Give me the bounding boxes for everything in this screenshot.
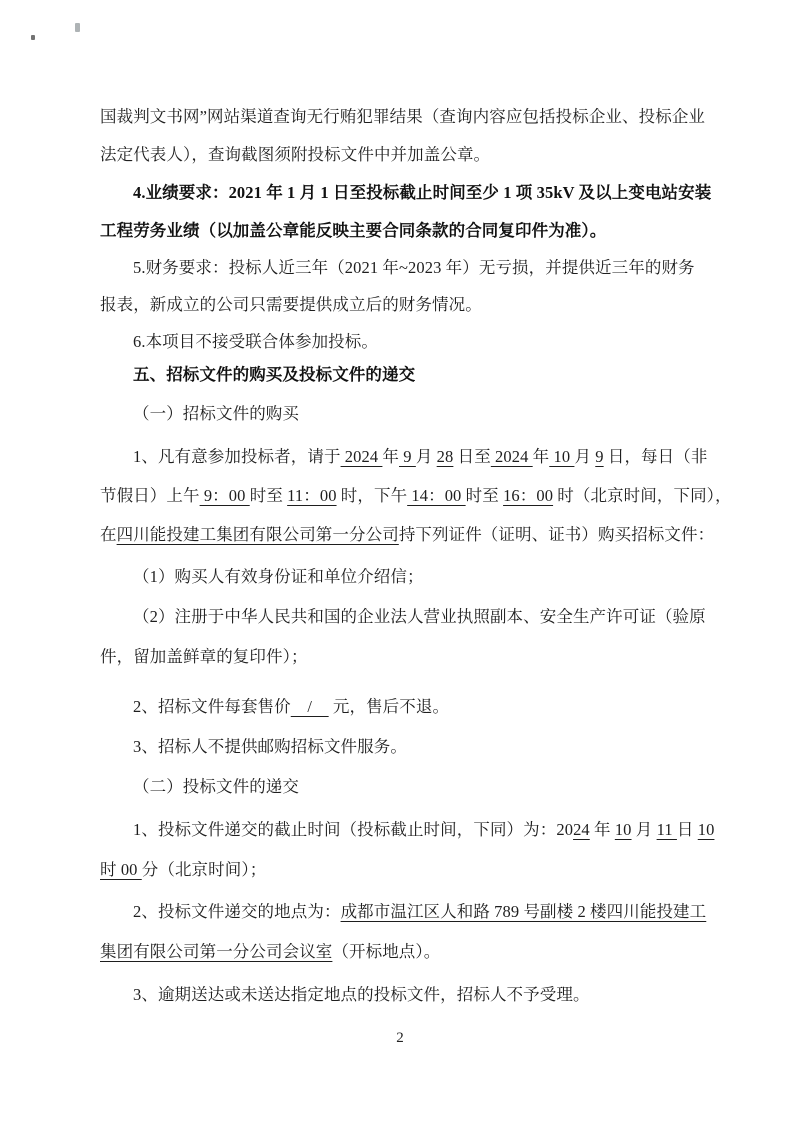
doc-text: 国裁判文书网”网站渠道查询无行贿犯罪结果（查询内容应包括投标企业、投标企业 bbox=[100, 107, 705, 126]
doc-line: 4.业绩要求：2021 年 1 月 1 日至投标截止时间至少 1 项 35kV … bbox=[100, 182, 733, 203]
doc-text: 日 bbox=[677, 820, 698, 839]
doc-line: 3、逾期送达或未送达指定地点的投标文件，招标人不予受理。 bbox=[100, 984, 733, 1005]
doc-line: 节假日）上午 9：00 时至 11：00 时，下午 14：00 时至 16：00… bbox=[100, 485, 700, 506]
doc-text: （二）投标文件的递交 bbox=[133, 777, 299, 796]
doc-text: 年 bbox=[382, 447, 399, 466]
doc-line: （1）购买人有效身份证和单位介绍信； bbox=[100, 566, 733, 587]
doc-line: 在四川能投建工集团有限公司第一分公司持下列证件（证明、证书）购买招标文件： bbox=[100, 524, 700, 545]
doc-text: 时（北京时间，下同）， bbox=[553, 486, 732, 505]
doc-line: 5.财务要求：投标人近三年（2021 年~2023 年）无亏损，并提供近三年的财… bbox=[100, 257, 733, 278]
doc-text: 月 bbox=[632, 820, 657, 839]
doc-text: 工程劳务业绩（以加盖公章能反映主要合同条款的合同复印件为准）。 bbox=[100, 221, 606, 240]
scan-speck bbox=[31, 35, 35, 40]
doc-line: 时 00 分（北京时间）； bbox=[100, 859, 700, 880]
doc-text: 5.财务要求：投标人近三年（2021 年~2023 年）无亏损，并提供近三年的财… bbox=[133, 258, 695, 277]
doc-text: 1、凡有意参加投标者，请于 bbox=[133, 447, 341, 466]
doc-line: 1、投标文件递交的截止时间（投标截止时间，下同）为：2024 年 10 月 11… bbox=[100, 819, 733, 840]
doc-line: 1、凡有意参加投标者，请于 2024 年 9 月 28 日至 2024 年 10… bbox=[100, 446, 733, 467]
doc-text: （2）注册于中华人民共和国的企业法人营业执照副本、安全生产许可证（验原 bbox=[133, 607, 706, 626]
underlined-text: 2024 bbox=[491, 447, 533, 466]
doc-text: （一）招标文件的购买 bbox=[133, 404, 299, 423]
doc-text: 时，下午 bbox=[337, 486, 408, 505]
doc-text: 元，售后不退。 bbox=[329, 697, 449, 716]
doc-line: 工程劳务业绩（以加盖公章能反映主要合同条款的合同复印件为准）。 bbox=[100, 220, 700, 241]
underlined-text: / bbox=[291, 697, 329, 716]
underlined-text: 时 00 bbox=[100, 860, 142, 879]
doc-text: 2、招标文件每套售价 bbox=[133, 697, 291, 716]
underlined-text: 9 bbox=[399, 447, 416, 466]
underlined-text: 24 bbox=[573, 820, 590, 839]
doc-text: 在 bbox=[100, 525, 117, 544]
underlined-text: 集团有限公司第一分公司会议室 bbox=[100, 942, 332, 961]
doc-text: 2、投标文件递交的地点为： bbox=[133, 902, 341, 921]
scan-speck bbox=[75, 23, 80, 32]
doc-line: 法定代表人），查询截图须附投标文件中并加盖公章。 bbox=[100, 144, 700, 165]
underlined-text: 四川能投建工集团有限公司第一分公司 bbox=[117, 525, 399, 544]
doc-line: 2、招标文件每套售价 / 元，售后不退。 bbox=[100, 696, 733, 717]
doc-text: 3、招标人不提供邮购招标文件服务。 bbox=[133, 737, 407, 756]
doc-text: 日至 bbox=[453, 447, 490, 466]
underlined-text: 成都市温江区人和路 789 号副楼 2 楼四川能投建工 bbox=[341, 902, 707, 921]
doc-line: 件，留加盖鲜章的复印件）； bbox=[100, 646, 700, 667]
doc-text: 节假日）上午 bbox=[100, 486, 200, 505]
doc-line: 国裁判文书网”网站渠道查询无行贿犯罪结果（查询内容应包括投标企业、投标企业 bbox=[100, 106, 700, 127]
doc-text: 1、投标文件递交的截止时间（投标截止时间，下同）为：20 bbox=[133, 820, 573, 839]
underlined-text: 14：00 bbox=[407, 486, 465, 505]
doc-line: 6.本项目不接受联合体参加投标。 bbox=[100, 331, 733, 352]
doc-text: 五、招标文件的购买及投标文件的递交 bbox=[133, 365, 415, 384]
doc-text: 年 bbox=[590, 820, 615, 839]
doc-line: 报表，新成立的公司只需要提供成立后的财务情况。 bbox=[100, 294, 700, 315]
doc-text: 6.本项目不接受联合体参加投标。 bbox=[133, 332, 378, 351]
doc-line: 五、招标文件的购买及投标文件的递交 bbox=[100, 364, 733, 385]
doc-text: 时至 bbox=[466, 486, 503, 505]
doc-line: 集团有限公司第一分公司会议室（开标地点）。 bbox=[100, 941, 700, 962]
doc-line: 2、投标文件递交的地点为：成都市温江区人和路 789 号副楼 2 楼四川能投建工 bbox=[100, 901, 733, 922]
doc-line: （一）招标文件的购买 bbox=[100, 403, 733, 424]
underlined-text: 10 bbox=[615, 820, 632, 839]
document-page: 国裁判文书网”网站渠道查询无行贿犯罪结果（查询内容应包括投标企业、投标企业法定代… bbox=[0, 0, 794, 1123]
underlined-text: 9 bbox=[595, 447, 603, 466]
doc-text: 时至 bbox=[250, 486, 287, 505]
doc-text: 法定代表人），查询截图须附投标文件中并加盖公章。 bbox=[100, 145, 490, 164]
doc-text: 年 bbox=[533, 447, 550, 466]
doc-line: 3、招标人不提供邮购招标文件服务。 bbox=[100, 736, 733, 757]
doc-text: 件，留加盖鲜章的复印件）； bbox=[100, 647, 308, 666]
underlined-text: 11：00 bbox=[287, 486, 336, 505]
doc-text: 月 bbox=[574, 447, 595, 466]
doc-text: 日，每日（非 bbox=[604, 447, 708, 466]
doc-text: （1）购买人有效身份证和单位介绍信； bbox=[133, 567, 424, 586]
doc-text: 3、逾期送达或未送达指定地点的投标文件，招标人不予受理。 bbox=[133, 985, 590, 1004]
page-number: 2 bbox=[100, 1030, 700, 1047]
underlined-text: 2024 bbox=[341, 447, 383, 466]
doc-line: （2）注册于中华人民共和国的企业法人营业执照副本、安全生产许可证（验原 bbox=[100, 606, 733, 627]
doc-line: （二）投标文件的递交 bbox=[100, 776, 733, 797]
doc-text: 分（北京时间）； bbox=[142, 860, 267, 879]
doc-text: 持下列证件（证明、证书）购买招标文件： bbox=[399, 525, 714, 544]
underlined-text: 9：00 bbox=[200, 486, 250, 505]
doc-text: 月 bbox=[416, 447, 437, 466]
underlined-text: 10 bbox=[698, 820, 715, 839]
underlined-text: 11 bbox=[657, 820, 677, 839]
underlined-text: 28 bbox=[437, 447, 454, 466]
doc-text: 报表，新成立的公司只需要提供成立后的财务情况。 bbox=[100, 295, 482, 314]
underlined-text: 16：00 bbox=[503, 486, 553, 505]
doc-text: （开标地点）。 bbox=[332, 942, 440, 961]
underlined-text: 10 bbox=[549, 447, 574, 466]
doc-text: 4.业绩要求：2021 年 1 月 1 日至投标截止时间至少 1 项 35kV … bbox=[133, 183, 711, 202]
